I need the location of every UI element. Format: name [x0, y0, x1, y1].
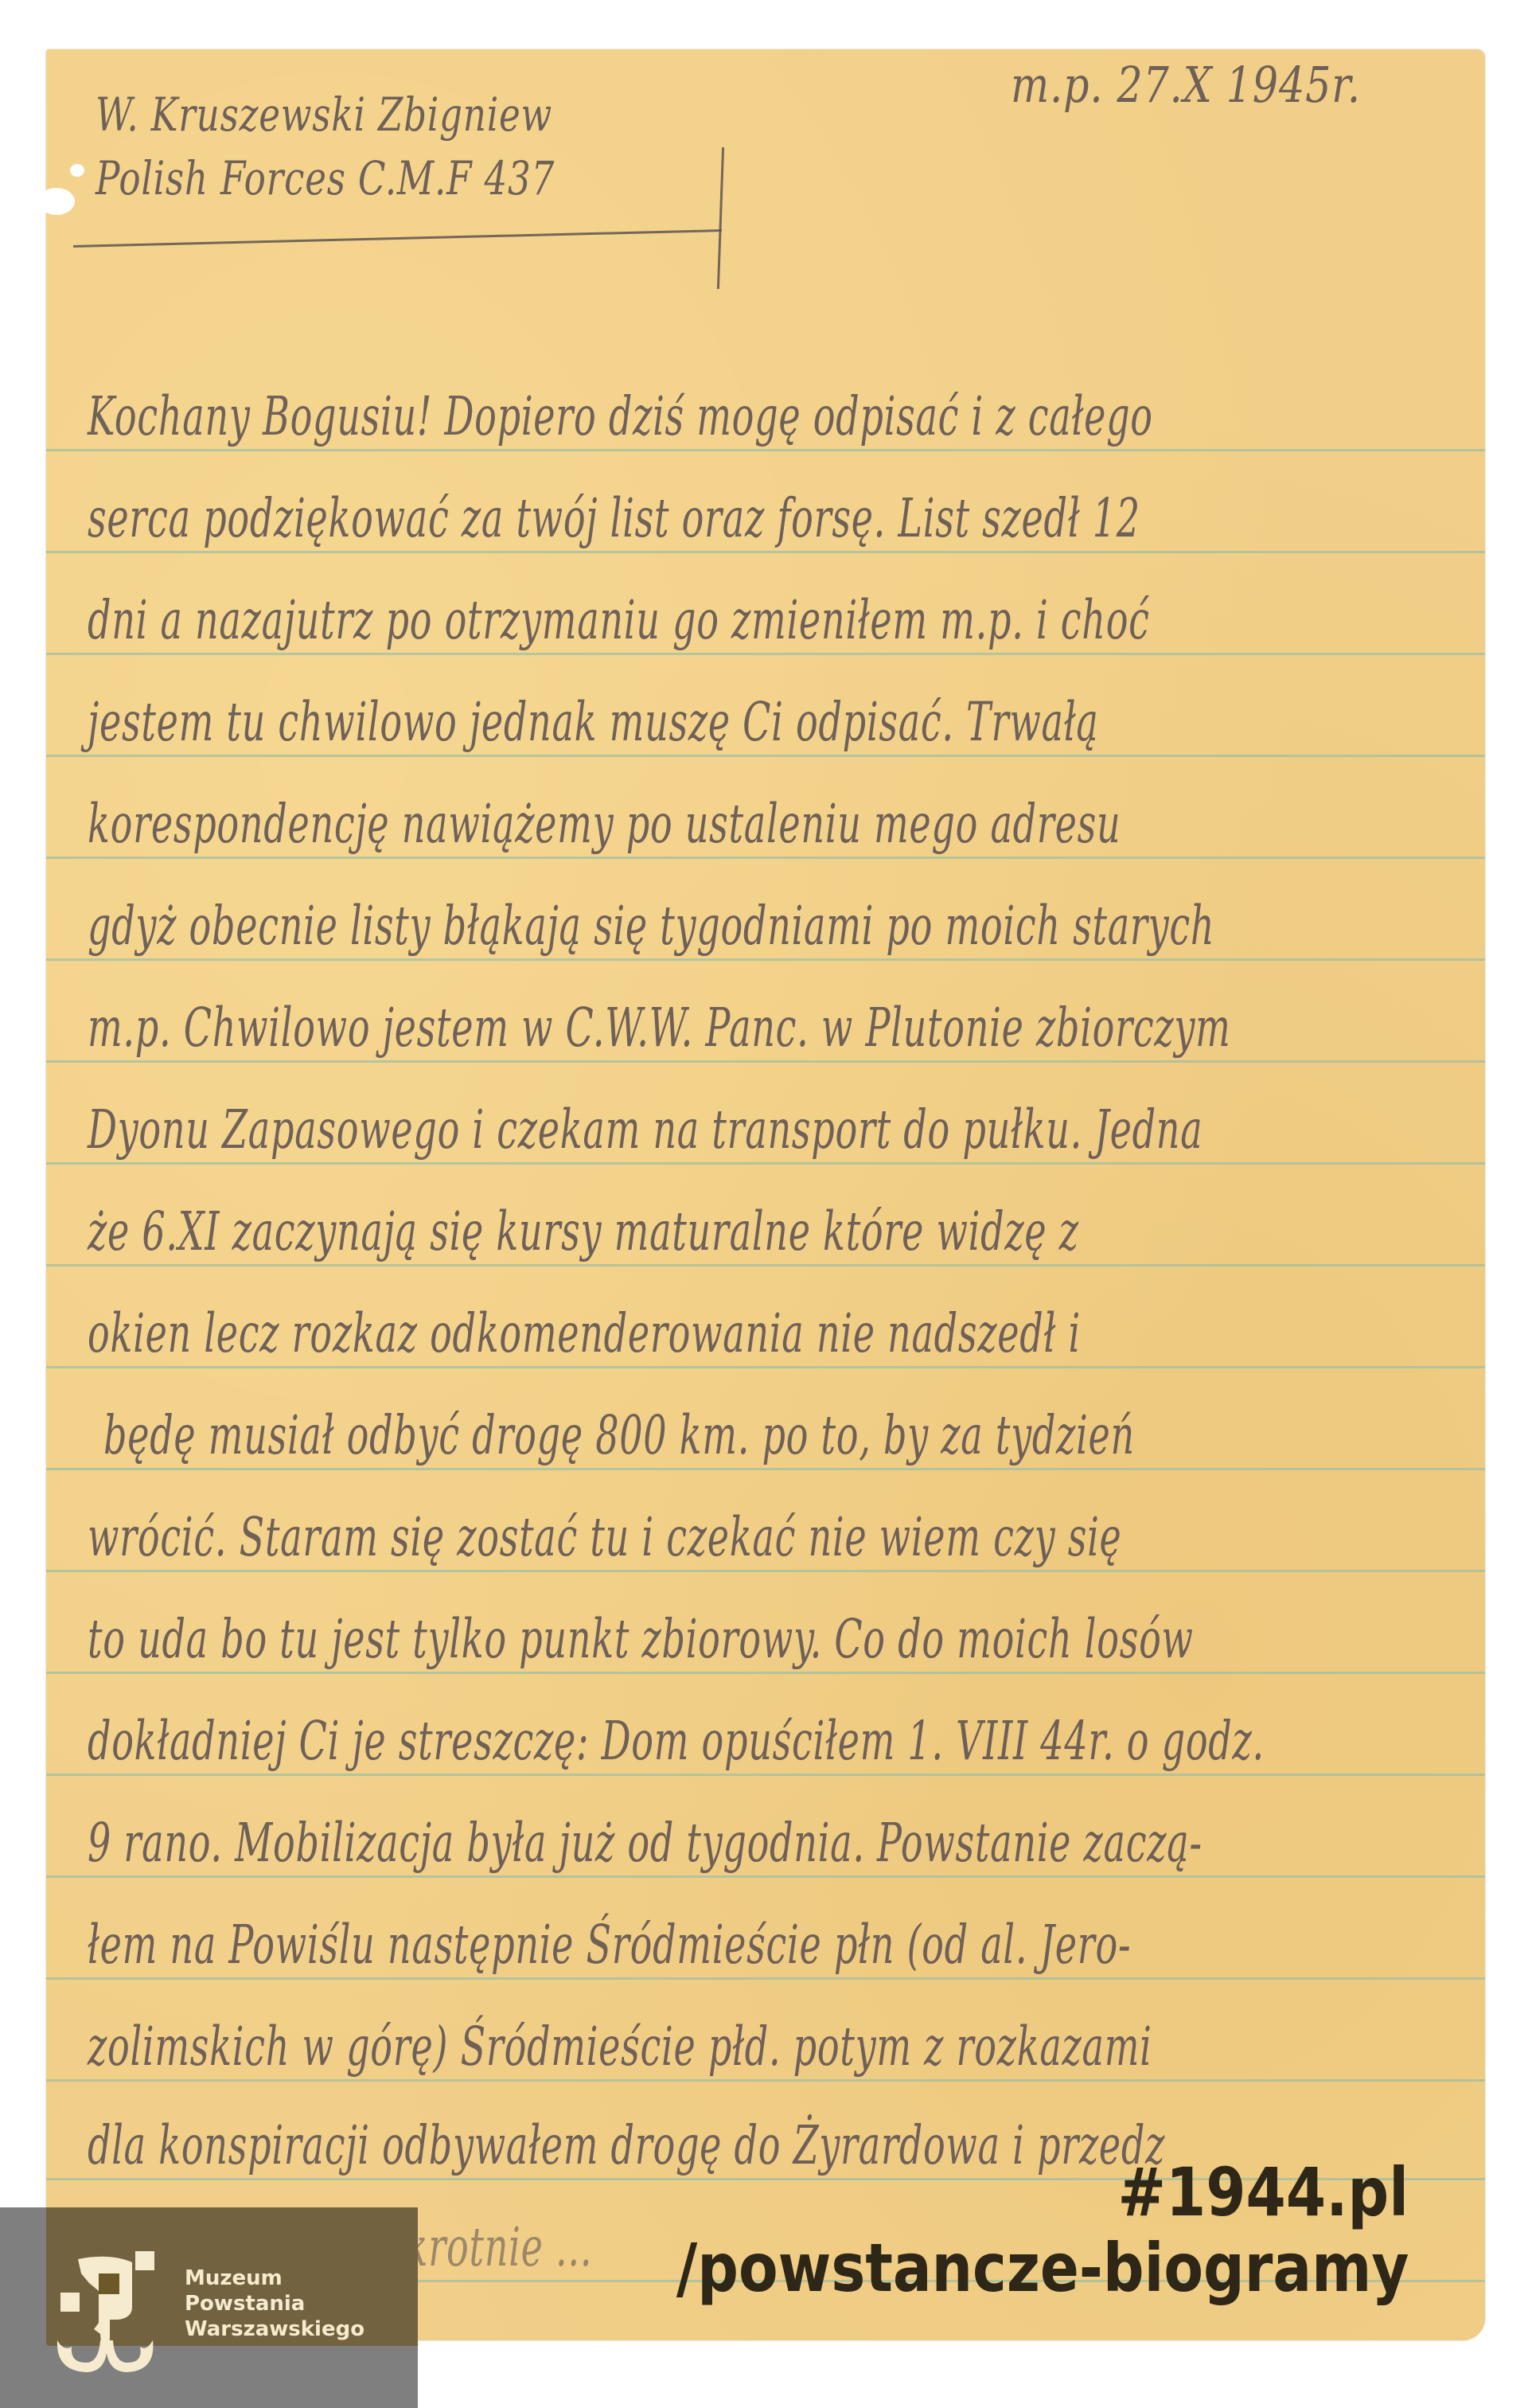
ruled-line	[46, 1570, 1485, 1572]
letter-line: to uda bo tu jest tylko punkt zbiorowy. …	[88, 1609, 1194, 1671]
ruled-line	[46, 1672, 1485, 1674]
letter-line: dokładniej Ci je streszczę: Dom opuściłe…	[88, 1711, 1265, 1773]
ruled-line	[46, 1060, 1485, 1063]
ruled-line	[46, 1468, 1485, 1470]
ruled-line	[46, 1264, 1485, 1266]
letter-line: wrócić. Staram się zostać tu i czekać ni…	[88, 1507, 1122, 1569]
ruled-line	[46, 1977, 1485, 1980]
letter-line: Dyonu Zapasowego i czekam na transport d…	[88, 1099, 1203, 1161]
ruled-line	[46, 857, 1485, 859]
ruled-line	[46, 1162, 1485, 1165]
letter-line: będę musiał odbyć drogę 800 km. po to, b…	[103, 1405, 1135, 1467]
letter-line: zolimskich w górę) Śródmieście płd. poty…	[88, 2016, 1152, 2078]
museum-name-line1: Muzeum	[185, 2266, 364, 2291]
letter-line: 9 rano. Mobilizacja była już od tygodnia…	[88, 1813, 1203, 1875]
watermark-path: /powstancze-biogramy	[676, 2229, 1409, 2307]
letter-line: korespondencję nawiążemy po ustaleniu me…	[88, 794, 1121, 856]
sender-address-box: W. Kruszewski Zbigniew Polish Forces C.M…	[73, 72, 726, 239]
sender-unit: Polish Forces C.M.F 437	[95, 151, 555, 205]
ruled-line	[46, 1875, 1485, 1878]
letter-line: serca podziękować za twój list oraz fors…	[88, 488, 1140, 550]
ruled-line	[46, 653, 1485, 655]
letter-date: m.p. 27.X 1945r.	[1011, 56, 1361, 114]
letter-line: m.p. Chwilowo jestem w C.W.W. Panc. w Pl…	[88, 997, 1231, 1060]
ruled-line	[46, 1774, 1485, 1776]
letter-line: Kochany Bogusiu! Dopiero dziś mogę odpis…	[88, 386, 1153, 448]
sender-name: W. Kruszewski Zbigniew	[95, 88, 552, 142]
letter-line: że 6.XI zaczynają się kursy maturalne kt…	[88, 1201, 1079, 1263]
letter-line: jestem tu chwilowo jednak muszę Ci odpis…	[88, 692, 1099, 754]
ruled-line	[46, 2079, 1485, 2082]
paper-tear	[38, 188, 75, 215]
letter-line: okien lecz rozkaz odkomenderowania nie n…	[88, 1303, 1081, 1365]
watermark-site: #1944.pl	[1117, 2153, 1409, 2231]
museum-name-line3: Warszawskiego	[185, 2316, 364, 2342]
museum-name: Muzeum Powstania Warszawskiego	[185, 2266, 364, 2342]
ruled-line	[46, 551, 1485, 553]
kotwica-anchor-icon	[54, 2251, 158, 2379]
ruled-line	[46, 1366, 1485, 1368]
letter-line: gdyż obecnie listy błąkają się tygodniam…	[88, 896, 1214, 958]
museum-name-line2: Powstania	[185, 2291, 364, 2316]
letter-line: dni a nazajutrz po otrzymaniu go zmienił…	[88, 590, 1150, 652]
letter-line: dla konspiracji odbywałem drogę do Żyrar…	[88, 2115, 1165, 2177]
ruled-line	[46, 755, 1485, 757]
letter-line: łem na Powiślu następnie Śródmieście płn…	[88, 1914, 1131, 1977]
ruled-line	[46, 449, 1485, 451]
ruled-line	[46, 958, 1485, 961]
